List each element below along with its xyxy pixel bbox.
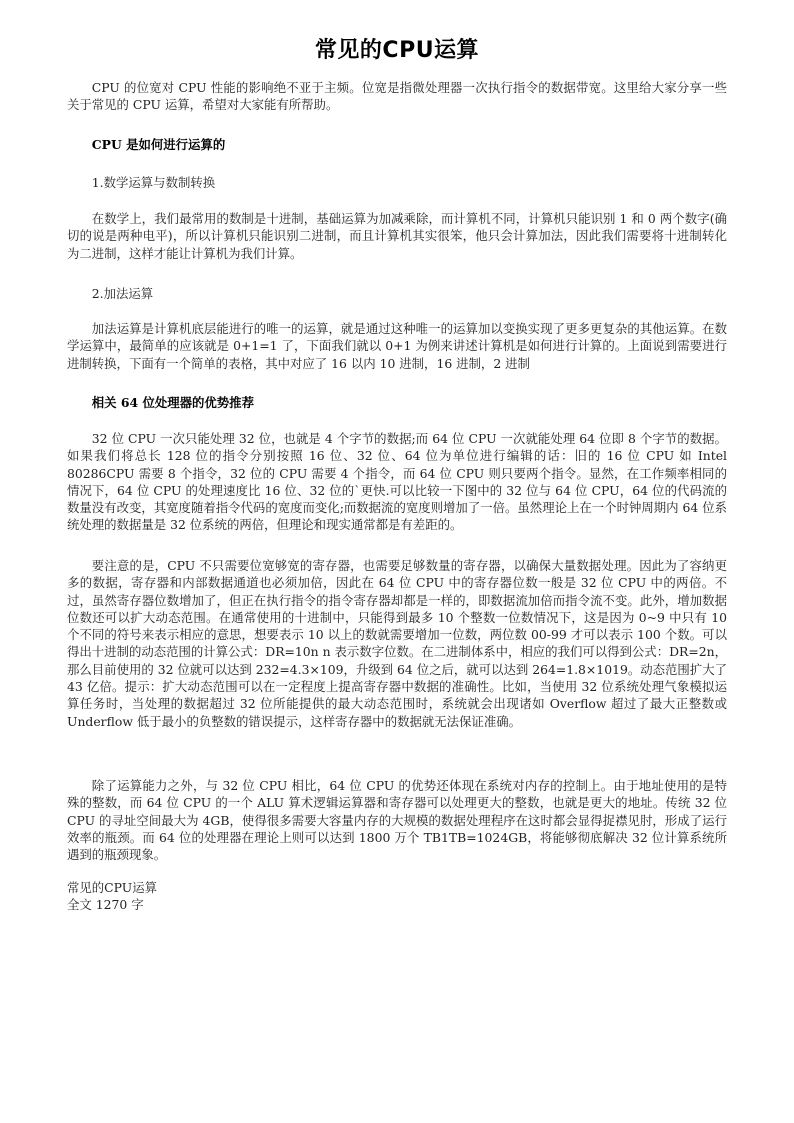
body-paragraph: 加法运算是计算机底层能进行的唯一的运算，就是通过这种唯一的运算加以变换实现了更多… [67,320,727,372]
subheading-1-block: 1.数学运算与数制转换 [67,174,727,191]
intro-block: CPU 的位宽对 CPU 性能的影响绝不亚于主频。位宽是指微处理器一次执行指令的… [67,79,727,114]
section-heading-2-block: 相关 64 位处理器的优势推荐 [67,394,727,411]
paragraph-4-block: 要注意的是，CPU 不只需要位宽够宽的寄存器，也需要足够数量的寄存器，以确保大量… [67,557,727,730]
body-paragraph: 32 位 CPU 一次只能处理 32 位，也就是 4 个字节的数据;而 64 位… [67,430,727,534]
section-heading-1-block: CPU 是如何进行运算的 [67,136,727,153]
subheading-2-block: 2.加法运算 [67,285,727,302]
footer-block: 常见的CPU运算 全文 1270 字 [67,879,727,914]
paragraph-1-block: 在数学上，我们最常用的数制是十进制，基础运算为加减乘除，而计算机不同，计算机只能… [67,210,727,262]
subsection-heading: 1.数学运算与数制转换 [67,174,727,191]
section-heading: CPU 是如何进行运算的 [67,136,727,153]
intro-paragraph: CPU 的位宽对 CPU 性能的影响绝不亚于主频。位宽是指微处理器一次执行指令的… [67,79,727,114]
footer-title: 常见的CPU运算 [67,879,727,896]
document-title: 常见的CPU运算 [67,33,727,64]
paragraph-5-block: 除了运算能力之外，与 32 位 CPU 相比，64 位 CPU 的优势还体现在系… [67,777,727,863]
section-heading: 相关 64 位处理器的优势推荐 [67,394,727,411]
body-paragraph: 除了运算能力之外，与 32 位 CPU 相比，64 位 CPU 的优势还体现在系… [67,777,727,863]
paragraph-2-block: 加法运算是计算机底层能进行的唯一的运算，就是通过这种唯一的运算加以变换实现了更多… [67,320,727,372]
word-count: 全文 1270 字 [67,896,727,913]
subsection-heading: 2.加法运算 [67,285,727,302]
paragraph-3-block: 32 位 CPU 一次只能处理 32 位，也就是 4 个字节的数据;而 64 位… [67,430,727,534]
body-paragraph: 在数学上，我们最常用的数制是十进制，基础运算为加减乘除，而计算机不同，计算机只能… [67,210,727,262]
body-paragraph: 要注意的是，CPU 不只需要位宽够宽的寄存器，也需要足够数量的寄存器，以确保大量… [67,557,727,730]
